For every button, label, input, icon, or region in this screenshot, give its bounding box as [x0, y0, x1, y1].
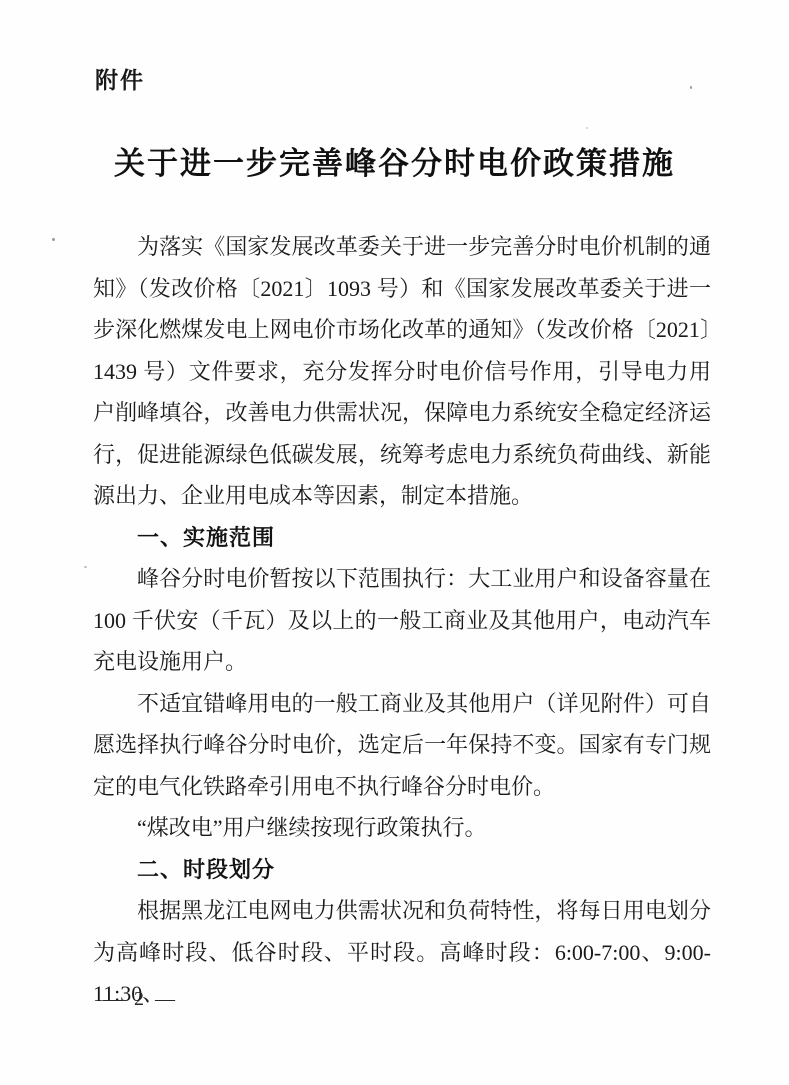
body-paragraph: 为落实《国家发展改革委关于进一步完善分时电价机制的通知》（发改价格〔2021〕1… [93, 226, 711, 517]
section-heading: 一、实施范围 [93, 517, 711, 559]
document-title: 关于进一步完善峰谷分时电价政策措施 [0, 138, 789, 183]
body-paragraph: 根据黑龙江电网电力供需状况和负荷特性，将每日用电划分为高峰时段、低谷时段、平时段… [93, 890, 711, 1015]
page-number: — 2 — [103, 988, 178, 1011]
document-body: 为落实《国家发展改革委关于进一步完善分时电价机制的通知》（发改价格〔2021〕1… [93, 226, 711, 1015]
section-heading: 二、时段划分 [93, 849, 711, 891]
body-paragraph: 峰谷分时电价暂按以下范围执行：大工业用户和设备容量在 100 千伏安（千瓦）及以… [93, 558, 711, 683]
scan-speck [586, 127, 588, 129]
body-paragraph: “煤改电”用户继续按现行政策执行。 [93, 807, 711, 849]
attachment-label: 附件 [95, 62, 145, 95]
scan-speck [52, 238, 55, 241]
scan-speck [690, 86, 692, 89]
body-paragraph: 不适宜错峰用电的一般工商业及其他用户（详见附件）可自愿选择执行峰谷分时电价，选定… [93, 683, 711, 808]
scan-speck [84, 566, 87, 568]
document-page: 附件 关于进一步完善峰谷分时电价政策措施 为落实《国家发展改革委关于进一步完善分… [0, 0, 789, 1085]
